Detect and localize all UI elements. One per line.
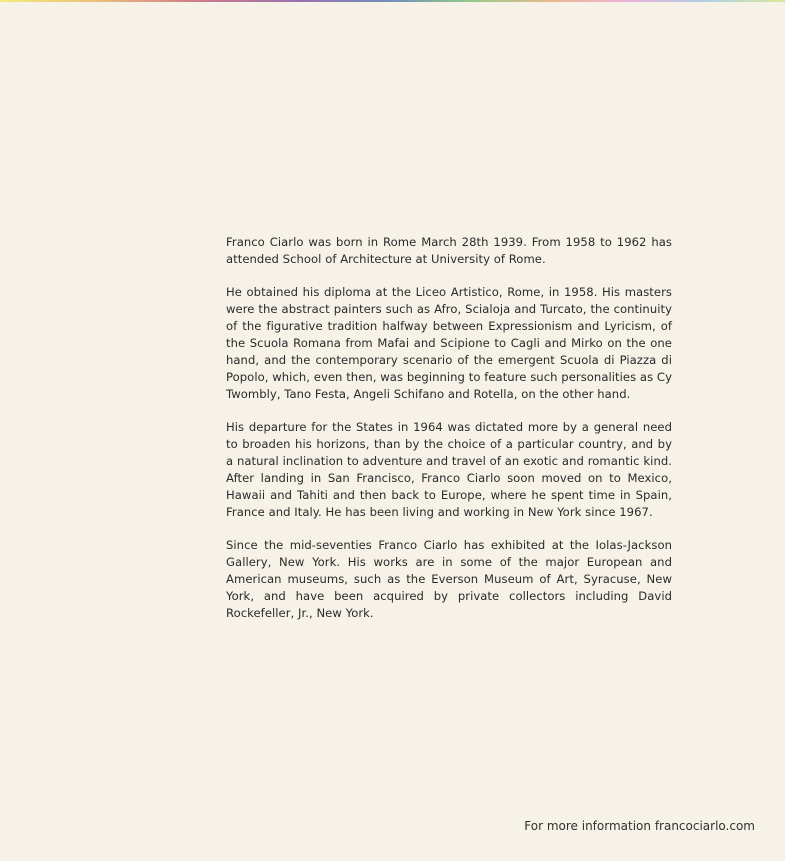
footer-website-text: For more information francociarlo.com: [524, 819, 755, 833]
paragraph-travels: His departure for the States in 1964 was…: [226, 419, 672, 521]
paragraph-birth: Franco Ciarlo was born in Rome March 28t…: [226, 234, 672, 268]
paragraph-education: He obtained his diploma at the Liceo Art…: [226, 284, 672, 403]
paragraph-exhibitions: Since the mid-seventies Franco Ciarlo ha…: [226, 537, 672, 622]
biography-text: Franco Ciarlo was born in Rome March 28t…: [226, 234, 672, 638]
decorative-color-strip: [0, 0, 785, 2]
